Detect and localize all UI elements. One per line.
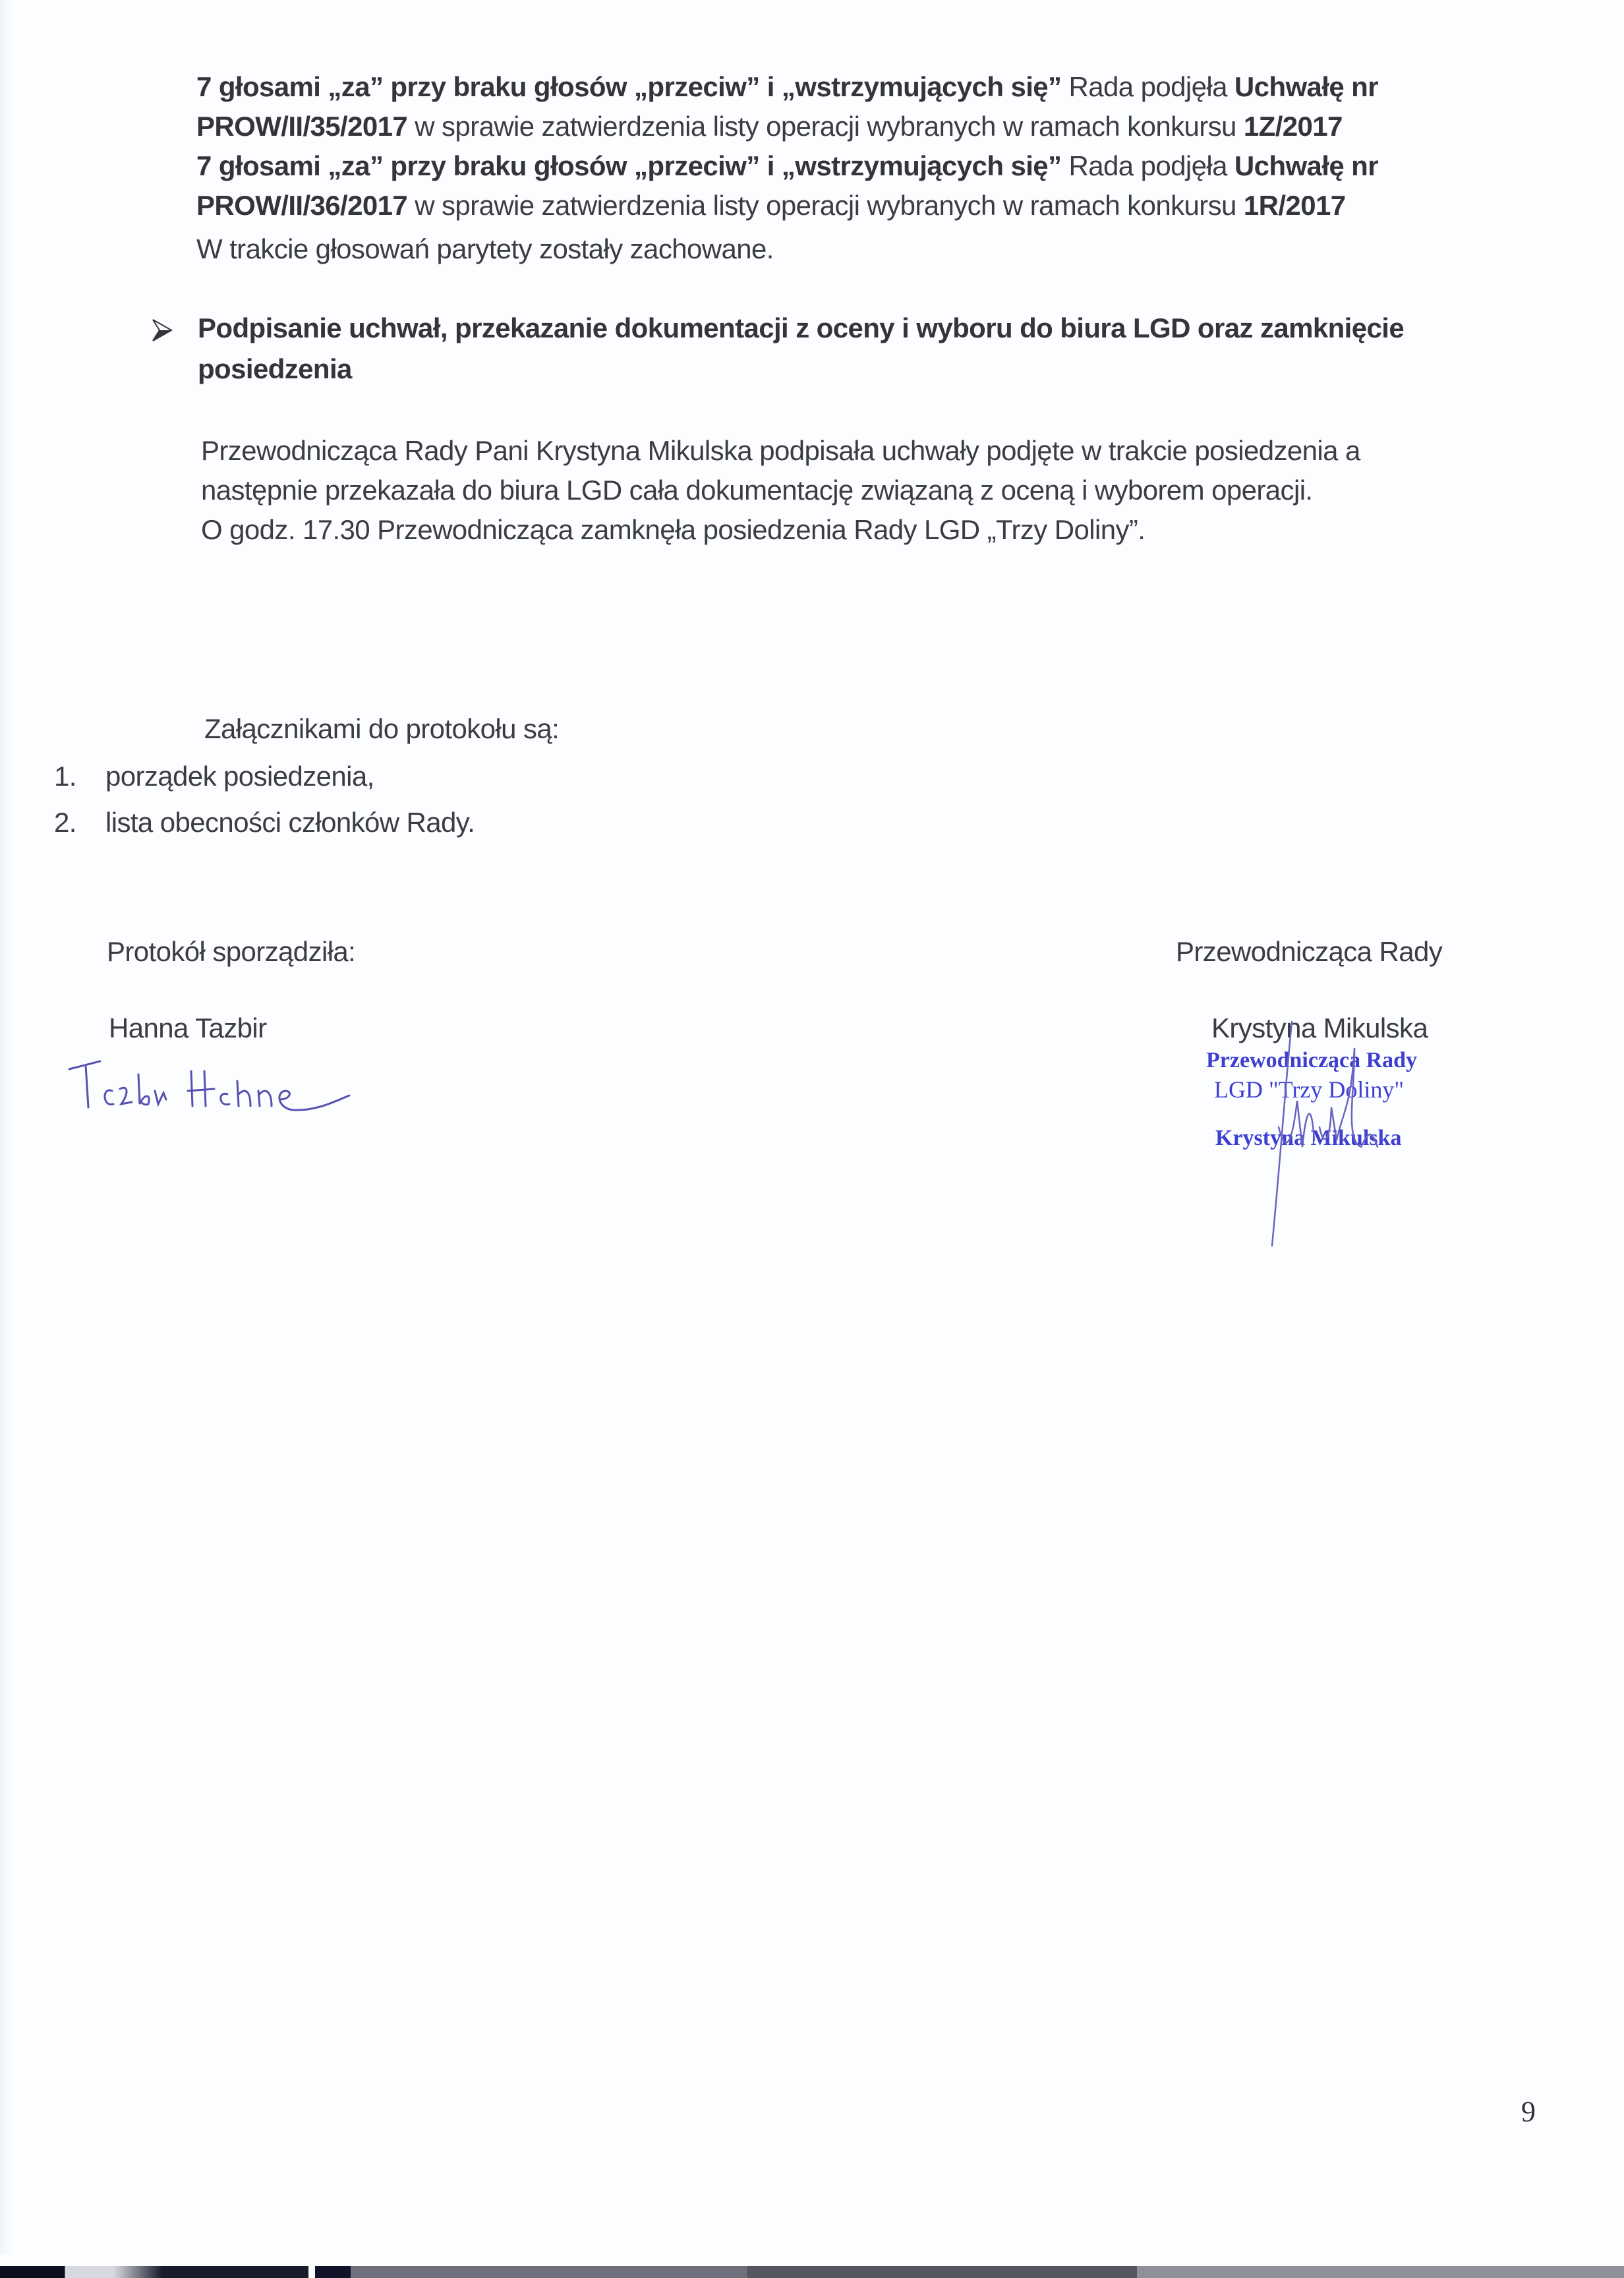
resolution-label: Uchwałę nr (1234, 71, 1378, 102)
vote-count: 7 głosami „za” przy braku głosów „przeci… (196, 71, 1061, 102)
vote-1-line-1: 7 głosami „za” przy braku głosów „przeci… (196, 67, 1378, 107)
scan-edge-shadow (0, 0, 12, 2254)
section-body-line: Przewodnicząca Rady Pani Krystyna Mikuls… (201, 431, 1360, 471)
chairwoman-signature-icon (1246, 1008, 1443, 1252)
section-body-line: O godz. 17.30 Przewodnicząca zamknęła po… (201, 510, 1145, 550)
resolution-label: Uchwałę nr (1234, 150, 1378, 181)
resolution-number: PROW/II/35/2017 (196, 111, 407, 142)
vote-2-line-1: 7 głosami „za” przy braku głosów „przeci… (196, 146, 1378, 186)
parity-note: W trakcie głosowań parytety zostały zach… (196, 229, 774, 269)
section-body-line: następnie przekazała do biura LGD cała d… (201, 471, 1313, 510)
handwritten-signature-icon (66, 1055, 356, 1134)
scanner-edge-artifact (0, 2266, 1624, 2278)
list-text: lista obecności członków Rady. (105, 803, 475, 842)
prepared-by-name: Hanna Tazbir (109, 1008, 267, 1048)
list-number: 1. (54, 757, 76, 796)
vote-text: Rada podjęła (1061, 71, 1234, 102)
page-number: 9 (1521, 2095, 1536, 2128)
contest-id: 1Z/2017 (1244, 111, 1343, 142)
list-text: porządek posiedzenia, (105, 757, 374, 796)
attachments-title: Załącznikami do protokołu są: (204, 709, 559, 749)
vote-count: 7 głosami „za” przy braku głosów „przeci… (196, 150, 1061, 181)
resolution-description: w sprawie zatwierdzenia listy operacji w… (407, 190, 1244, 221)
list-number: 2. (54, 803, 76, 842)
arrow-bullet-icon (152, 318, 173, 342)
prepared-by-label: Protokół sporządziła: (107, 932, 355, 972)
vote-1-line-2: PROW/II/35/2017 w sprawie zatwierdzenia … (196, 107, 1343, 146)
section-heading-cont: posiedzenia (198, 349, 352, 389)
vote-2-line-2: PROW/II/36/2017 w sprawie zatwierdzenia … (196, 186, 1345, 225)
section-heading: Podpisanie uchwał, przekazanie dokumenta… (198, 308, 1404, 348)
contest-id: 1R/2017 (1244, 190, 1346, 221)
chairwoman-label: Przewodnicząca Rady (1176, 932, 1442, 972)
vote-text: Rada podjęła (1061, 150, 1234, 181)
resolution-number: PROW/II/36/2017 (196, 190, 407, 221)
resolution-description: w sprawie zatwierdzenia listy operacji w… (407, 111, 1244, 142)
